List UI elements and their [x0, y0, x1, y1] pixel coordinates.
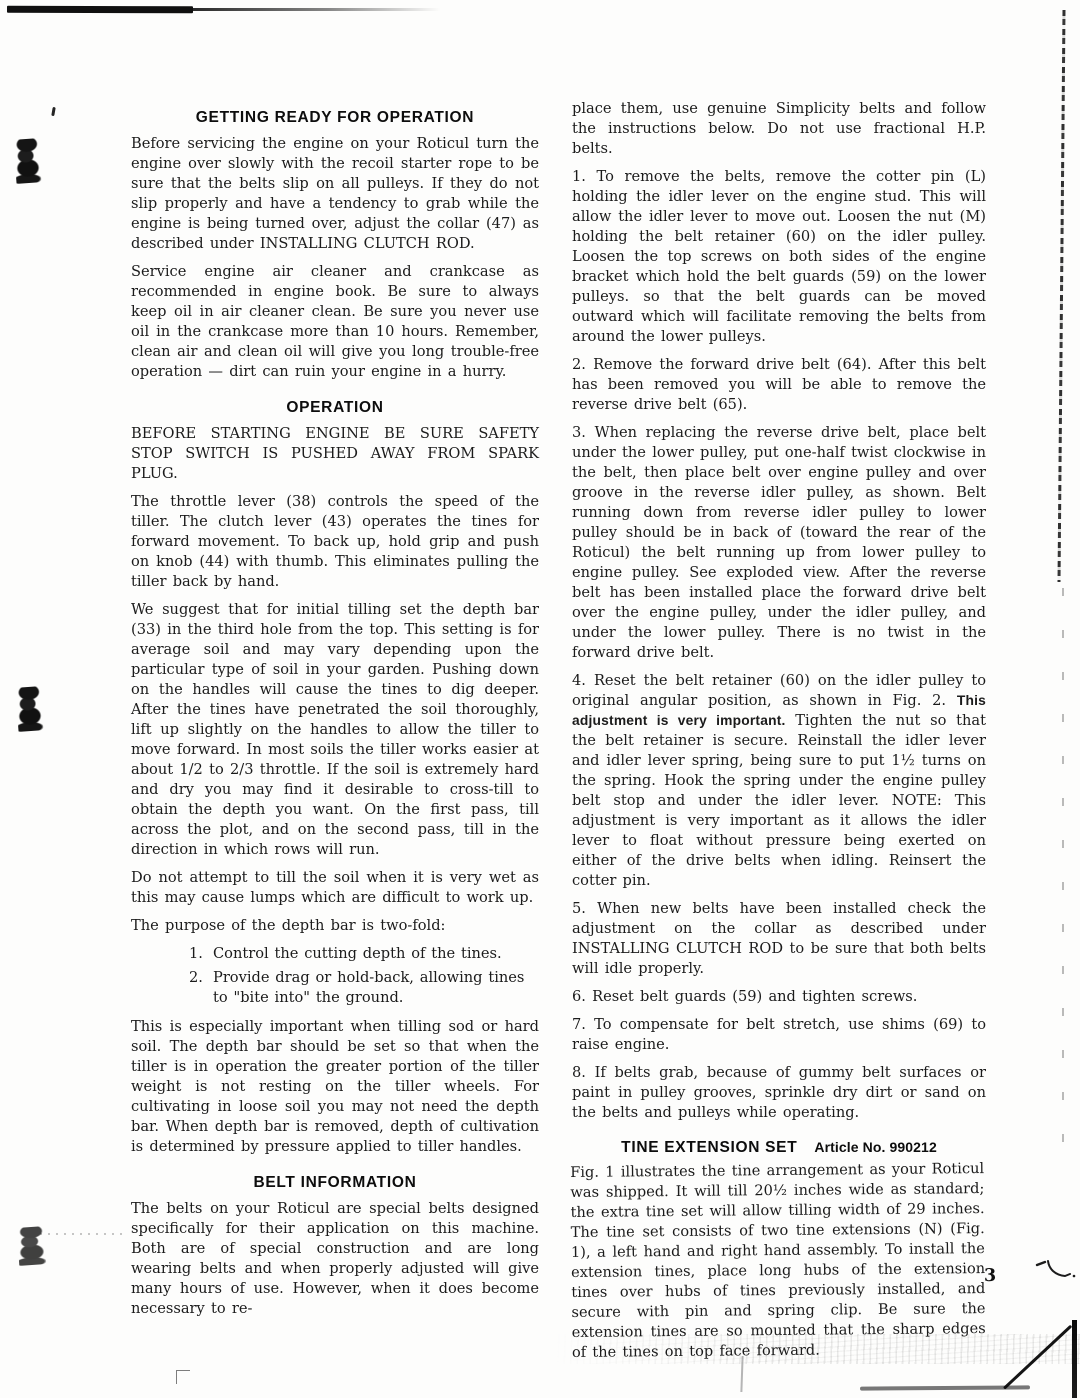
- belt-step-4: 4. Reset the belt retainer (60) on the i…: [572, 671, 986, 891]
- top-edge-rule: [7, 6, 193, 13]
- tine-article-number: Article No. 990212: [814, 1139, 936, 1155]
- heading-operation: OPERATION: [131, 399, 539, 417]
- belt-step-7: 7. To compensate for belt stretch, use s…: [572, 1015, 986, 1055]
- paragraph-operation-1: The throttle lever (38) controls the spe…: [131, 492, 539, 592]
- paragraph-belt-information-1: The belts on your Roticul are special be…: [131, 1199, 539, 1319]
- corner-bracket-mark: [176, 1370, 190, 1384]
- list-item-number: 2.: [189, 968, 213, 1008]
- paragraph-operation-warning: BEFORE STARTING ENGINE BE SURE SAFETY ST…: [131, 424, 539, 484]
- paragraph-operation-2: We suggest that for initial tilling set …: [131, 600, 539, 860]
- belt-step-4-text-cont: Tighten the nut so that the belt retaine…: [572, 712, 986, 889]
- speck-row: [40, 1233, 125, 1235]
- bottom-scan-streak: [860, 1385, 1030, 1390]
- stray-tick-mark: [51, 107, 56, 116]
- paragraph-operation-5: This is especially important when tillin…: [131, 1017, 539, 1157]
- paragraph-getting-ready-2: Service engine air cleaner and crankcase…: [131, 262, 539, 382]
- handwritten-mark: [1034, 1254, 1078, 1284]
- belt-step-1: 1. To remove the belts, remove the cotte…: [572, 167, 986, 347]
- page-content: GETTING READY FOR OPERATION Before servi…: [131, 99, 986, 1371]
- depth-bar-purpose-list: 1. Control the cutting depth of the tine…: [189, 944, 539, 1008]
- paragraph-getting-ready-1: Before servicing the engine on your Roti…: [131, 134, 539, 254]
- paragraph-operation-3: Do not attempt to till the soil when it …: [131, 868, 539, 908]
- list-item-number: 1.: [189, 944, 213, 964]
- ink-smudge-bottom: [17, 1226, 47, 1266]
- page-number: 3: [984, 1266, 996, 1286]
- paragraph-tine-extension-1: Fig. 1 illustrates the tine arrangement …: [570, 1159, 986, 1363]
- belt-step-4-text: 4. Reset the belt retainer (60) on the i…: [572, 672, 986, 709]
- list-item: 2. Provide drag or hold-back, allowing t…: [189, 968, 539, 1008]
- ink-smudge-top: [13, 138, 41, 184]
- corner-diagonal-mark: [1003, 1325, 1072, 1390]
- paragraph-belt-info-continued: place them, use genuine Simplicity belts…: [572, 99, 986, 159]
- top-edge-rule-fade: [190, 8, 440, 11]
- belt-step-6: 6. Reset belt guards (59) and tighten sc…: [572, 987, 986, 1007]
- right-column: place them, use genuine Simplicity belts…: [572, 99, 986, 1371]
- scanned-manual-page: GETTING READY FOR OPERATION Before servi…: [0, 0, 1080, 1398]
- belt-step-3: 3. When replacing the reverse drive belt…: [572, 423, 986, 663]
- heading-getting-ready: GETTING READY FOR OPERATION: [131, 109, 539, 127]
- binding-scan-line-bottom: [1062, 588, 1064, 1153]
- corner-edge-mark: [1072, 1320, 1077, 1398]
- paragraph-operation-4: The purpose of the depth bar is two-fold…: [131, 916, 539, 936]
- left-column: GETTING READY FOR OPERATION Before servi…: [131, 99, 539, 1371]
- heading-tine-extension-set: TINE EXTENSION SET Article No. 990212: [572, 1139, 986, 1157]
- heading-belt-information: BELT INFORMATION: [131, 1174, 539, 1192]
- ink-smudge-middle: [15, 686, 43, 732]
- list-item-text: Control the cutting depth of the tines.: [213, 944, 502, 964]
- list-item-text: Provide drag or hold-back, allowing tine…: [213, 968, 539, 1008]
- belt-step-8: 8. If belts grab, because of gummy belt …: [572, 1063, 986, 1123]
- binding-scan-line-top: [1058, 10, 1065, 582]
- tine-heading-title: TINE EXTENSION SET: [621, 1139, 797, 1157]
- belt-step-5: 5. When new belts have been installed ch…: [572, 899, 986, 979]
- belt-step-2: 2. Remove the forward drive belt (64). A…: [572, 355, 986, 415]
- list-item: 1. Control the cutting depth of the tine…: [189, 944, 539, 964]
